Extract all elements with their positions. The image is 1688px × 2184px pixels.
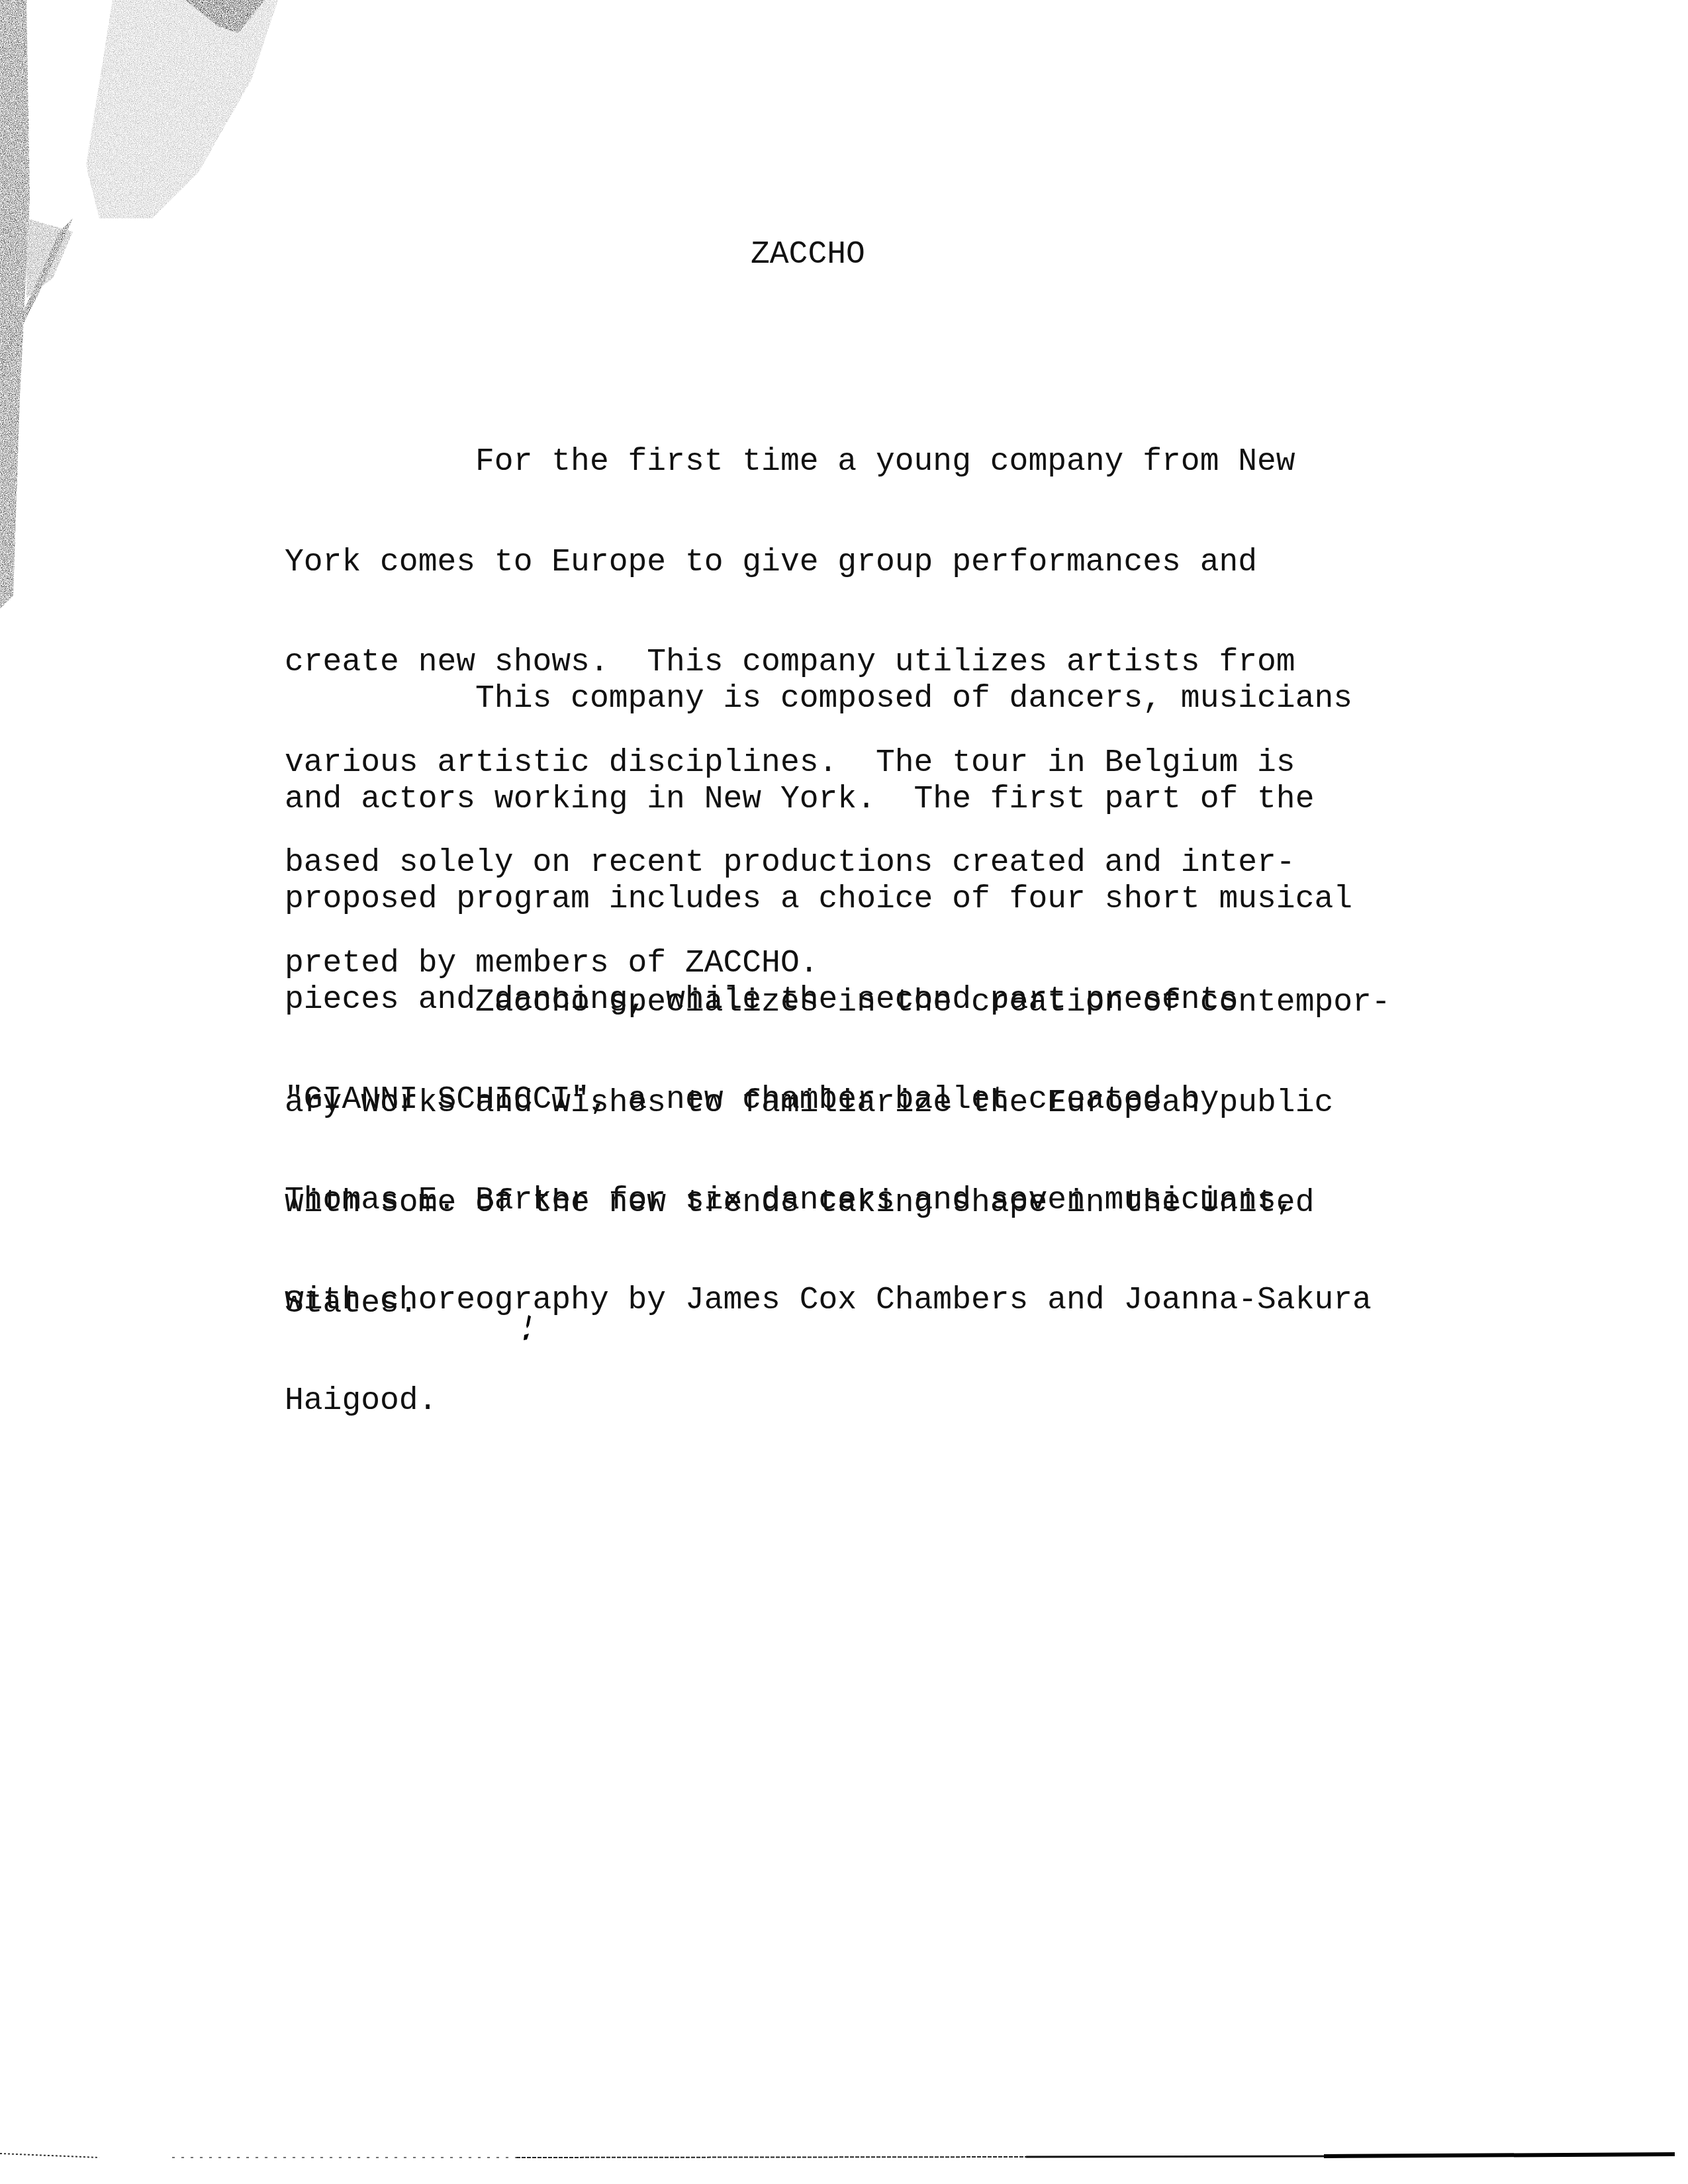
text-line: York comes to Europe to give group perfo… [285, 546, 1450, 580]
text-line: For the first time a young company from … [285, 445, 1450, 479]
stray-ink-mark [522, 1314, 535, 1347]
text-line: and actors working in New York. The firs… [285, 783, 1450, 817]
text-line: This company is composed of dancers, mus… [285, 682, 1450, 716]
text-line: with some of the new trends taking shape… [285, 1187, 1450, 1220]
paragraph-specialization: Zaccho specializes in the creation of co… [285, 919, 1450, 1387]
text-line: States. [285, 1287, 1450, 1321]
document-title: ZACCHO [751, 238, 865, 271]
document-page: ZACCHO For the first time a young compan… [0, 0, 1688, 2184]
text-line: Zaccho specializes in the creation of co… [285, 986, 1450, 1020]
text-line: Haigood. [285, 1385, 1450, 1418]
text-line: ary works and wishes to familiarize the … [285, 1087, 1450, 1120]
page-bottom-edge-line [0, 2152, 1688, 2161]
text-line: proposed program includes a choice of fo… [285, 883, 1450, 917]
